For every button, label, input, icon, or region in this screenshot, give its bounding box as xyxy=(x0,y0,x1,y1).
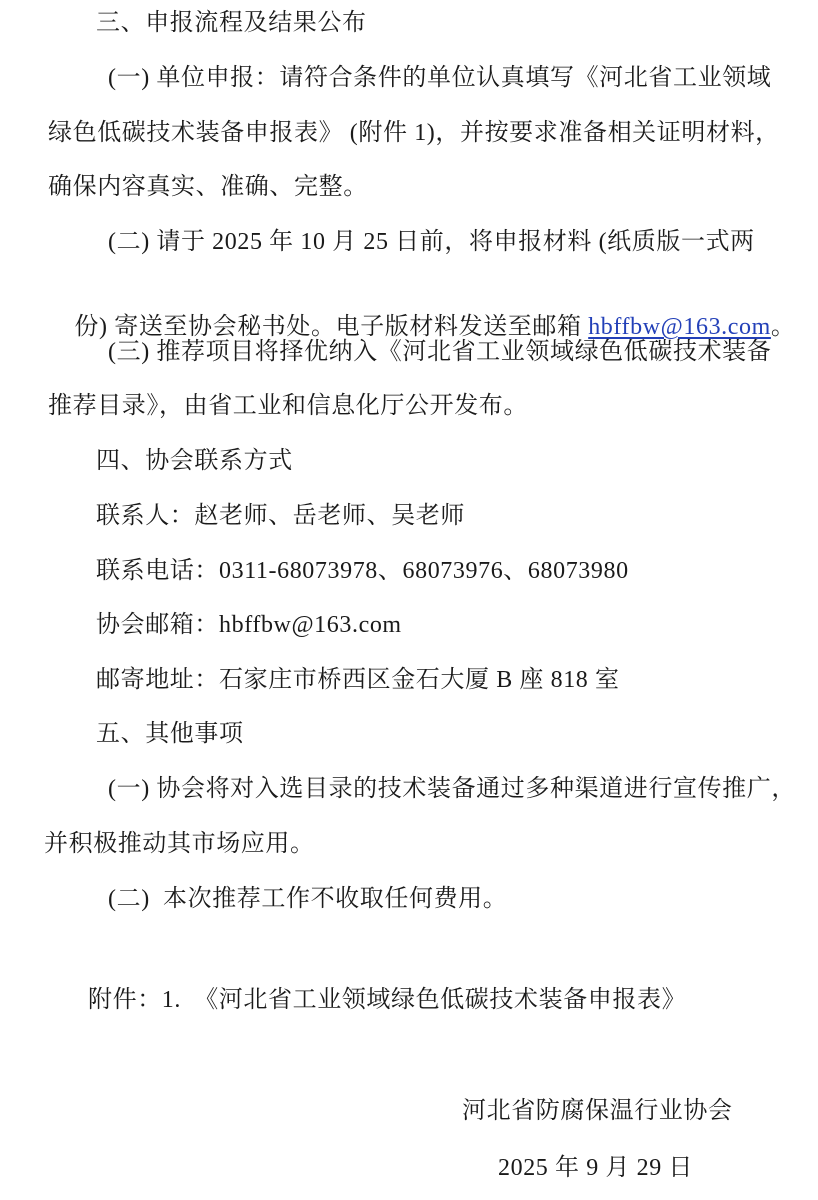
signature-organization: 河北省防腐保温行业协会 xyxy=(462,1096,733,1126)
para-2-line-2-period: 。 xyxy=(771,314,796,340)
section-3-para-3-line-2: 推荐目录》，由省工业和信息化厅公开发布。 xyxy=(48,391,528,421)
attachment-line: 附件：1. 《河北省工业领域绿色低碳技术装备申报表》 xyxy=(88,985,686,1015)
section-4-heading: 四、协会联系方式 xyxy=(96,446,293,476)
contact-email-line: 协会邮箱：hbffbw@163.com xyxy=(96,610,402,640)
section-3-heading: 三、申报流程及结果公布 xyxy=(96,8,367,38)
section-3-para-1-line-3: 确保内容真实、准确、完整。 xyxy=(48,172,368,202)
section-3-para-1-line-2: 绿色低碳技术装备申报表》 (附件 1)，并按要求准备相关证明材料， xyxy=(48,118,780,148)
contact-address-line: 邮寄地址：石家庄市桥西区金石大厦 B 座 818 室 xyxy=(96,665,620,695)
signature-date: 2025 年 9 月 29 日 xyxy=(498,1153,693,1183)
section-3-para-3-line-1: (三) 推荐项目将择优纳入《河北省工业领域绿色低碳技术装备 xyxy=(108,337,771,367)
document-page: 三、申报流程及结果公布 (一) 单位申报：请符合条件的单位认真填写《河北省工业领… xyxy=(0,0,818,1200)
section-5-para-2: (二) 本次推荐工作不收取任何费用。 xyxy=(108,884,507,914)
section-5-para-1-line-1: (一) 协会将对入选目录的技术装备通过多种渠道进行宣传推广， xyxy=(108,774,796,804)
section-3-para-2-line-1: (二) 请于 2025 年 10 月 25 日前，将申报材料 (纸质版一式两 xyxy=(108,227,755,257)
section-5-para-1-line-2: 并积极推动其市场应用。 xyxy=(44,829,315,859)
contact-person-line: 联系人：赵老师、岳老师、吴老师 xyxy=(96,501,465,531)
contact-phone-line: 联系电话：0311-68073978、68073976、68073980 xyxy=(96,556,629,586)
section-3-para-1-line-1: (一) 单位申报：请符合条件的单位认真填写《河北省工业领域 xyxy=(108,63,771,93)
section-5-heading: 五、其他事项 xyxy=(96,719,244,749)
